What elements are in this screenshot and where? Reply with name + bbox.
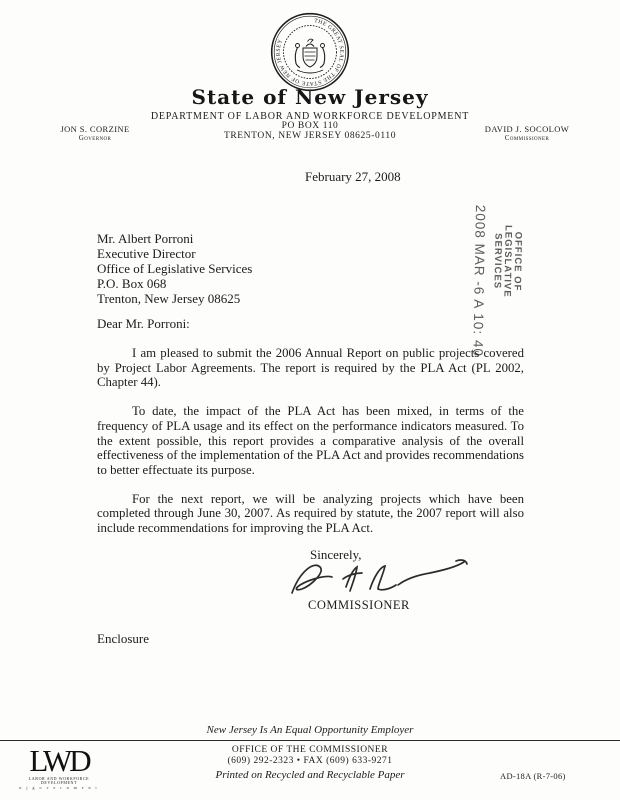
governor-title: Governor: [20, 134, 170, 142]
recipient-address-block: Mr. Albert Porroni Executive Director Of…: [97, 231, 252, 306]
form-number: AD-18A (R-7-06): [500, 771, 566, 781]
state-name: State of New Jersey: [0, 85, 620, 109]
paragraph-1: I am pleased to submit the 2006 Annual R…: [97, 346, 524, 390]
paragraph-2: To date, the impact of the PLA Act has b…: [97, 404, 524, 478]
lwd-logo-letters: LWD: [14, 745, 104, 776]
commissioner-name: DAVID J. SOCOLOW: [452, 124, 602, 134]
signature-icon: [286, 553, 476, 601]
footer-divider: [0, 740, 620, 741]
enclosure-note: Enclosure: [97, 631, 149, 647]
nj-coat-of-arms: [295, 39, 324, 73]
commissioner-block: DAVID J. SOCOLOW Commissioner: [452, 124, 602, 142]
recipient-name: Mr. Albert Porroni: [97, 231, 252, 246]
stamp-date-line: 2008 MAR -6 A 10: 40: [471, 195, 488, 327]
recipient-office: Office of Legislative Services: [97, 261, 252, 276]
letter-date: February 27, 2008: [305, 169, 401, 185]
salutation: Dear Mr. Porroni:: [97, 316, 190, 332]
commissioner-title: Commissioner: [452, 134, 602, 142]
governor-block: JON S. CORZINE Governor: [20, 124, 170, 142]
lwd-logo: LWD LABOR AND WORKFORCE DEVELOPMENT n j …: [14, 745, 104, 790]
lwd-logo-caption: LABOR AND WORKFORCE DEVELOPMENT: [14, 777, 104, 785]
recipient-po-box: P.O. Box 068: [97, 276, 252, 291]
governor-name: JON S. CORZINE: [20, 124, 170, 134]
nj-state-seal-icon: THE GREAT SEAL OF THE STATE OF NEW JERSE…: [270, 12, 350, 92]
lwd-logo-subcaption: n j g o v e r n m e n t: [14, 786, 104, 790]
paragraph-3: For the next report, we will be analyzin…: [97, 492, 524, 536]
letter-body: I am pleased to submit the 2006 Annual R…: [97, 346, 524, 550]
received-stamp: OFFICE OF LEGISLATIVE SERVICES 2008 MAR …: [455, 194, 523, 327]
scanned-letter-page: THE GREAT SEAL OF THE STATE OF NEW JERSE…: [0, 0, 620, 800]
recipient-city: Trenton, New Jersey 08625: [97, 291, 252, 306]
signer-title: COMMISSIONER: [308, 598, 410, 613]
recipient-title: Executive Director: [97, 246, 252, 261]
equal-opportunity-line: New Jersey Is An Equal Opportunity Emplo…: [0, 724, 620, 736]
